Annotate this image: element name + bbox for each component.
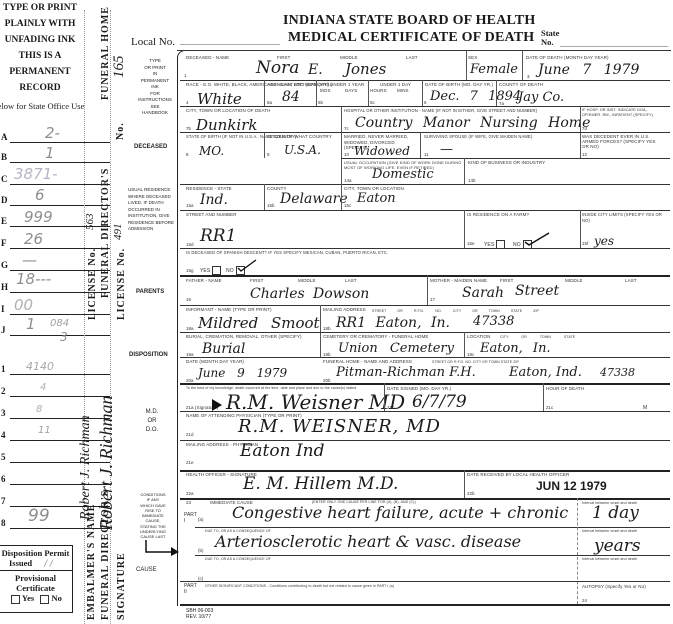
section-usual-residence: USUAL RESIDENCEWHERE DECEASEDLIVED. IF D…	[128, 187, 178, 233]
instructions-block: TYPE OR PRINT PLAINLY WITH UNFADING INK …	[0, 0, 80, 96]
attending-physician-field[interactable]: R.M. WEISNER, MD	[238, 416, 441, 437]
mother-last-name[interactable]: Street	[515, 283, 559, 299]
funeral-home-field[interactable]: Pitman-Richman F.H.	[336, 365, 476, 380]
father-first-name[interactable]: Charles	[250, 286, 305, 302]
state-no-label: State No.	[541, 29, 559, 47]
section-conditions: CONDITIONSIF ANYWHICH GAVERISE TOIMMEDIA…	[137, 492, 169, 540]
checkmark-icon	[236, 258, 258, 272]
code-value[interactable]: 99	[28, 506, 50, 526]
citizen-field[interactable]: U.S.A.	[284, 143, 321, 157]
code-key: G	[1, 260, 8, 270]
deceased-first-name[interactable]: Nora	[256, 58, 299, 78]
spanish-yes-checkbox[interactable]	[212, 266, 221, 275]
date-of-birth-field[interactable]: Dec. 7 1894	[430, 89, 521, 104]
code-value[interactable]: 3871-	[14, 165, 58, 183]
code-key: E	[1, 216, 7, 226]
code-value[interactable]: 00	[14, 296, 33, 314]
physician-address-field[interactable]: Eaton Ind	[240, 441, 325, 461]
code-value[interactable]: 4	[40, 382, 46, 393]
age-field[interactable]: 84	[282, 89, 300, 105]
code-value-extra: 084	[50, 318, 69, 329]
code-key: D	[1, 195, 8, 205]
funeral-home-label: FUNERAL HOME	[100, 6, 111, 100]
fd-license-label: LICENSE No.	[116, 248, 127, 320]
code-key: 2	[1, 386, 6, 396]
mailing-zip-field[interactable]: 47338	[473, 314, 514, 329]
local-no-label: Local No.	[131, 36, 175, 48]
funeral-home-no-label: No.	[115, 122, 126, 140]
instruction-line: TYPE OR PRINT	[0, 0, 80, 16]
form-rev: REV. 10/77	[186, 614, 213, 620]
cemetery-field[interactable]: Union Cemetery	[338, 341, 454, 356]
section-parents: PARENTS	[136, 289, 164, 295]
license-no[interactable]: 563	[84, 214, 96, 231]
code-value[interactable]: 1	[26, 315, 36, 333]
health-officer-signature[interactable]: E. M. Hillem M.D.	[243, 474, 398, 494]
city-limits-field[interactable]: yes	[594, 234, 614, 248]
instruction-line: THIS IS A	[0, 48, 80, 64]
code-value[interactable]: 8	[36, 404, 42, 415]
part-2-label: PART II	[184, 583, 194, 595]
provisional-no-checkbox[interactable]	[40, 595, 49, 604]
form-title-2: MEDICAL CERTIFICATE OF DEATH	[288, 30, 534, 46]
signature-arrow-icon	[212, 399, 222, 411]
residence-county-field[interactable]: Delaware	[280, 191, 348, 207]
informant-name-field[interactable]: Mildred Smoot	[198, 314, 320, 332]
residence-state-field[interactable]: Ind.	[200, 192, 228, 208]
form-number: SBH 06-003 REV. 10/77	[186, 608, 213, 620]
code-key: 1	[1, 364, 6, 374]
no-label: No	[52, 593, 62, 603]
instruction-line: PLAINLY WITH	[0, 16, 80, 32]
part-1-label: PART I	[184, 512, 194, 524]
form-title-1: INDIANA STATE BOARD OF HEALTH	[283, 13, 535, 29]
code-value[interactable]: 999	[24, 208, 53, 226]
label: DECEASED - NAME	[186, 55, 229, 60]
code-key: H	[1, 282, 8, 292]
deceased-middle-name[interactable]: E.	[308, 62, 323, 78]
code-key: J	[1, 325, 6, 335]
code-value[interactable]: —	[22, 251, 37, 269]
code-value[interactable]: 6	[35, 186, 45, 204]
deceased-last-name[interactable]: Jones	[345, 60, 386, 78]
mailing-address-field[interactable]: RR1 Eaton, In.	[336, 315, 450, 331]
cause-b-field[interactable]: Arteriosclerotic heart & vasc. disease	[215, 532, 521, 551]
sex-field[interactable]: Female	[470, 62, 518, 77]
mother-first-name[interactable]: Sarah	[462, 285, 504, 301]
cause-a-field[interactable]: Congestive heart failure, acute + chroni…	[232, 503, 568, 522]
instruction-line: RECORD	[0, 80, 80, 96]
funeral-home-no[interactable]: 165	[111, 56, 128, 79]
disposition-field[interactable]: Burial	[202, 341, 245, 357]
disposition-permit-box: Disposition Permit Issued / / Provisiona…	[0, 545, 73, 613]
issued-label: Issued	[9, 558, 32, 568]
occupation-field[interactable]: Domestic	[372, 167, 434, 182]
surviving-spouse-field[interactable]: —	[440, 142, 453, 157]
certificate-label: Certificate	[0, 583, 72, 593]
funeral-directors-label: FUNERAL DIRECTOR'S	[100, 168, 111, 298]
code-key: 8	[1, 518, 6, 528]
code-value[interactable]: 18---	[16, 270, 51, 288]
code-key: 6	[1, 474, 6, 484]
residence-city-field[interactable]: Eaton	[357, 191, 396, 206]
code-value-extra: 3	[60, 330, 68, 344]
location-field[interactable]: Eaton, In.	[480, 341, 551, 356]
date-received-stamp: JUN 12 1979	[536, 479, 607, 493]
section-md-do: M.D.ORD.O.	[142, 408, 162, 435]
code-key: 4	[1, 430, 6, 440]
code-key: 3	[1, 408, 6, 418]
code-key: 7	[1, 496, 6, 506]
label: LAST	[406, 55, 418, 60]
code-value[interactable]: 26	[24, 230, 43, 248]
street-field[interactable]: RR1	[200, 226, 236, 246]
instruction-line: UNFADING INK	[0, 32, 80, 48]
cause-b-interval[interactable]: years	[594, 536, 641, 556]
yes-label: Yes	[22, 593, 34, 603]
fd-license-no[interactable]: 491	[112, 224, 124, 241]
hospital-field[interactable]: Country Manor Nursing Home	[355, 115, 590, 131]
state-of-birth-field[interactable]: MO.	[199, 144, 224, 158]
type-print-note: TYPEOR PRINTINPERMANENTINKFORINSTRUCTION…	[135, 58, 175, 117]
issued-value[interactable]: / /	[44, 559, 52, 569]
provisional-yes-checkbox[interactable]	[11, 595, 20, 604]
marital-status-field[interactable]: Widowed	[354, 144, 410, 158]
license-no-label: LICENSE No.	[87, 248, 98, 320]
section-cause: CAUSE	[136, 567, 157, 573]
fd-signature[interactable]: Robert J. Richman	[96, 396, 117, 530]
code-key: A	[1, 132, 8, 142]
code-key: I	[1, 304, 5, 314]
date-of-death-field[interactable]: June 7 1979	[538, 62, 639, 78]
embalmers-name[interactable]: Robert J. Richman	[78, 415, 94, 520]
father-last-name[interactable]: Dowson	[313, 286, 369, 302]
fd-signature-label2: SIGNATURE	[116, 552, 127, 620]
code-value[interactable]: 4140	[26, 360, 54, 373]
code-key: F	[1, 238, 7, 248]
provisional-label: Provisional	[0, 573, 72, 583]
section-disposition: DISPOSITION	[129, 352, 168, 358]
code-key: C	[1, 174, 8, 184]
instruction-line: PERMANENT	[0, 64, 80, 80]
code-value[interactable]: 1	[45, 144, 55, 162]
checkmark-icon	[523, 230, 551, 246]
disposition-permit-label: Disposition Permit	[0, 548, 72, 558]
funeral-home-address[interactable]: Eaton, Ind.	[509, 365, 582, 380]
code-key: 5	[1, 452, 6, 462]
no-label: No.	[541, 38, 559, 47]
section-deceased: DECEASED	[134, 144, 167, 150]
arrow-icon	[144, 540, 180, 556]
spanish-yes: YES	[200, 266, 221, 275]
county-of-death-field[interactable]: Jay Co.	[518, 90, 564, 105]
code-key: B	[1, 152, 7, 162]
code-value[interactable]: 11	[38, 425, 51, 436]
disposition-date-field[interactable]: June 9 1979	[198, 366, 287, 380]
cause-a-interval[interactable]: 1 day	[592, 503, 639, 523]
state-office-note: Below for State Office Use	[0, 101, 84, 111]
date-signed-field[interactable]: 6/7/79	[412, 392, 467, 412]
code-value[interactable]: 2-	[45, 124, 60, 142]
funeral-home-zip[interactable]: 47338	[600, 366, 635, 379]
